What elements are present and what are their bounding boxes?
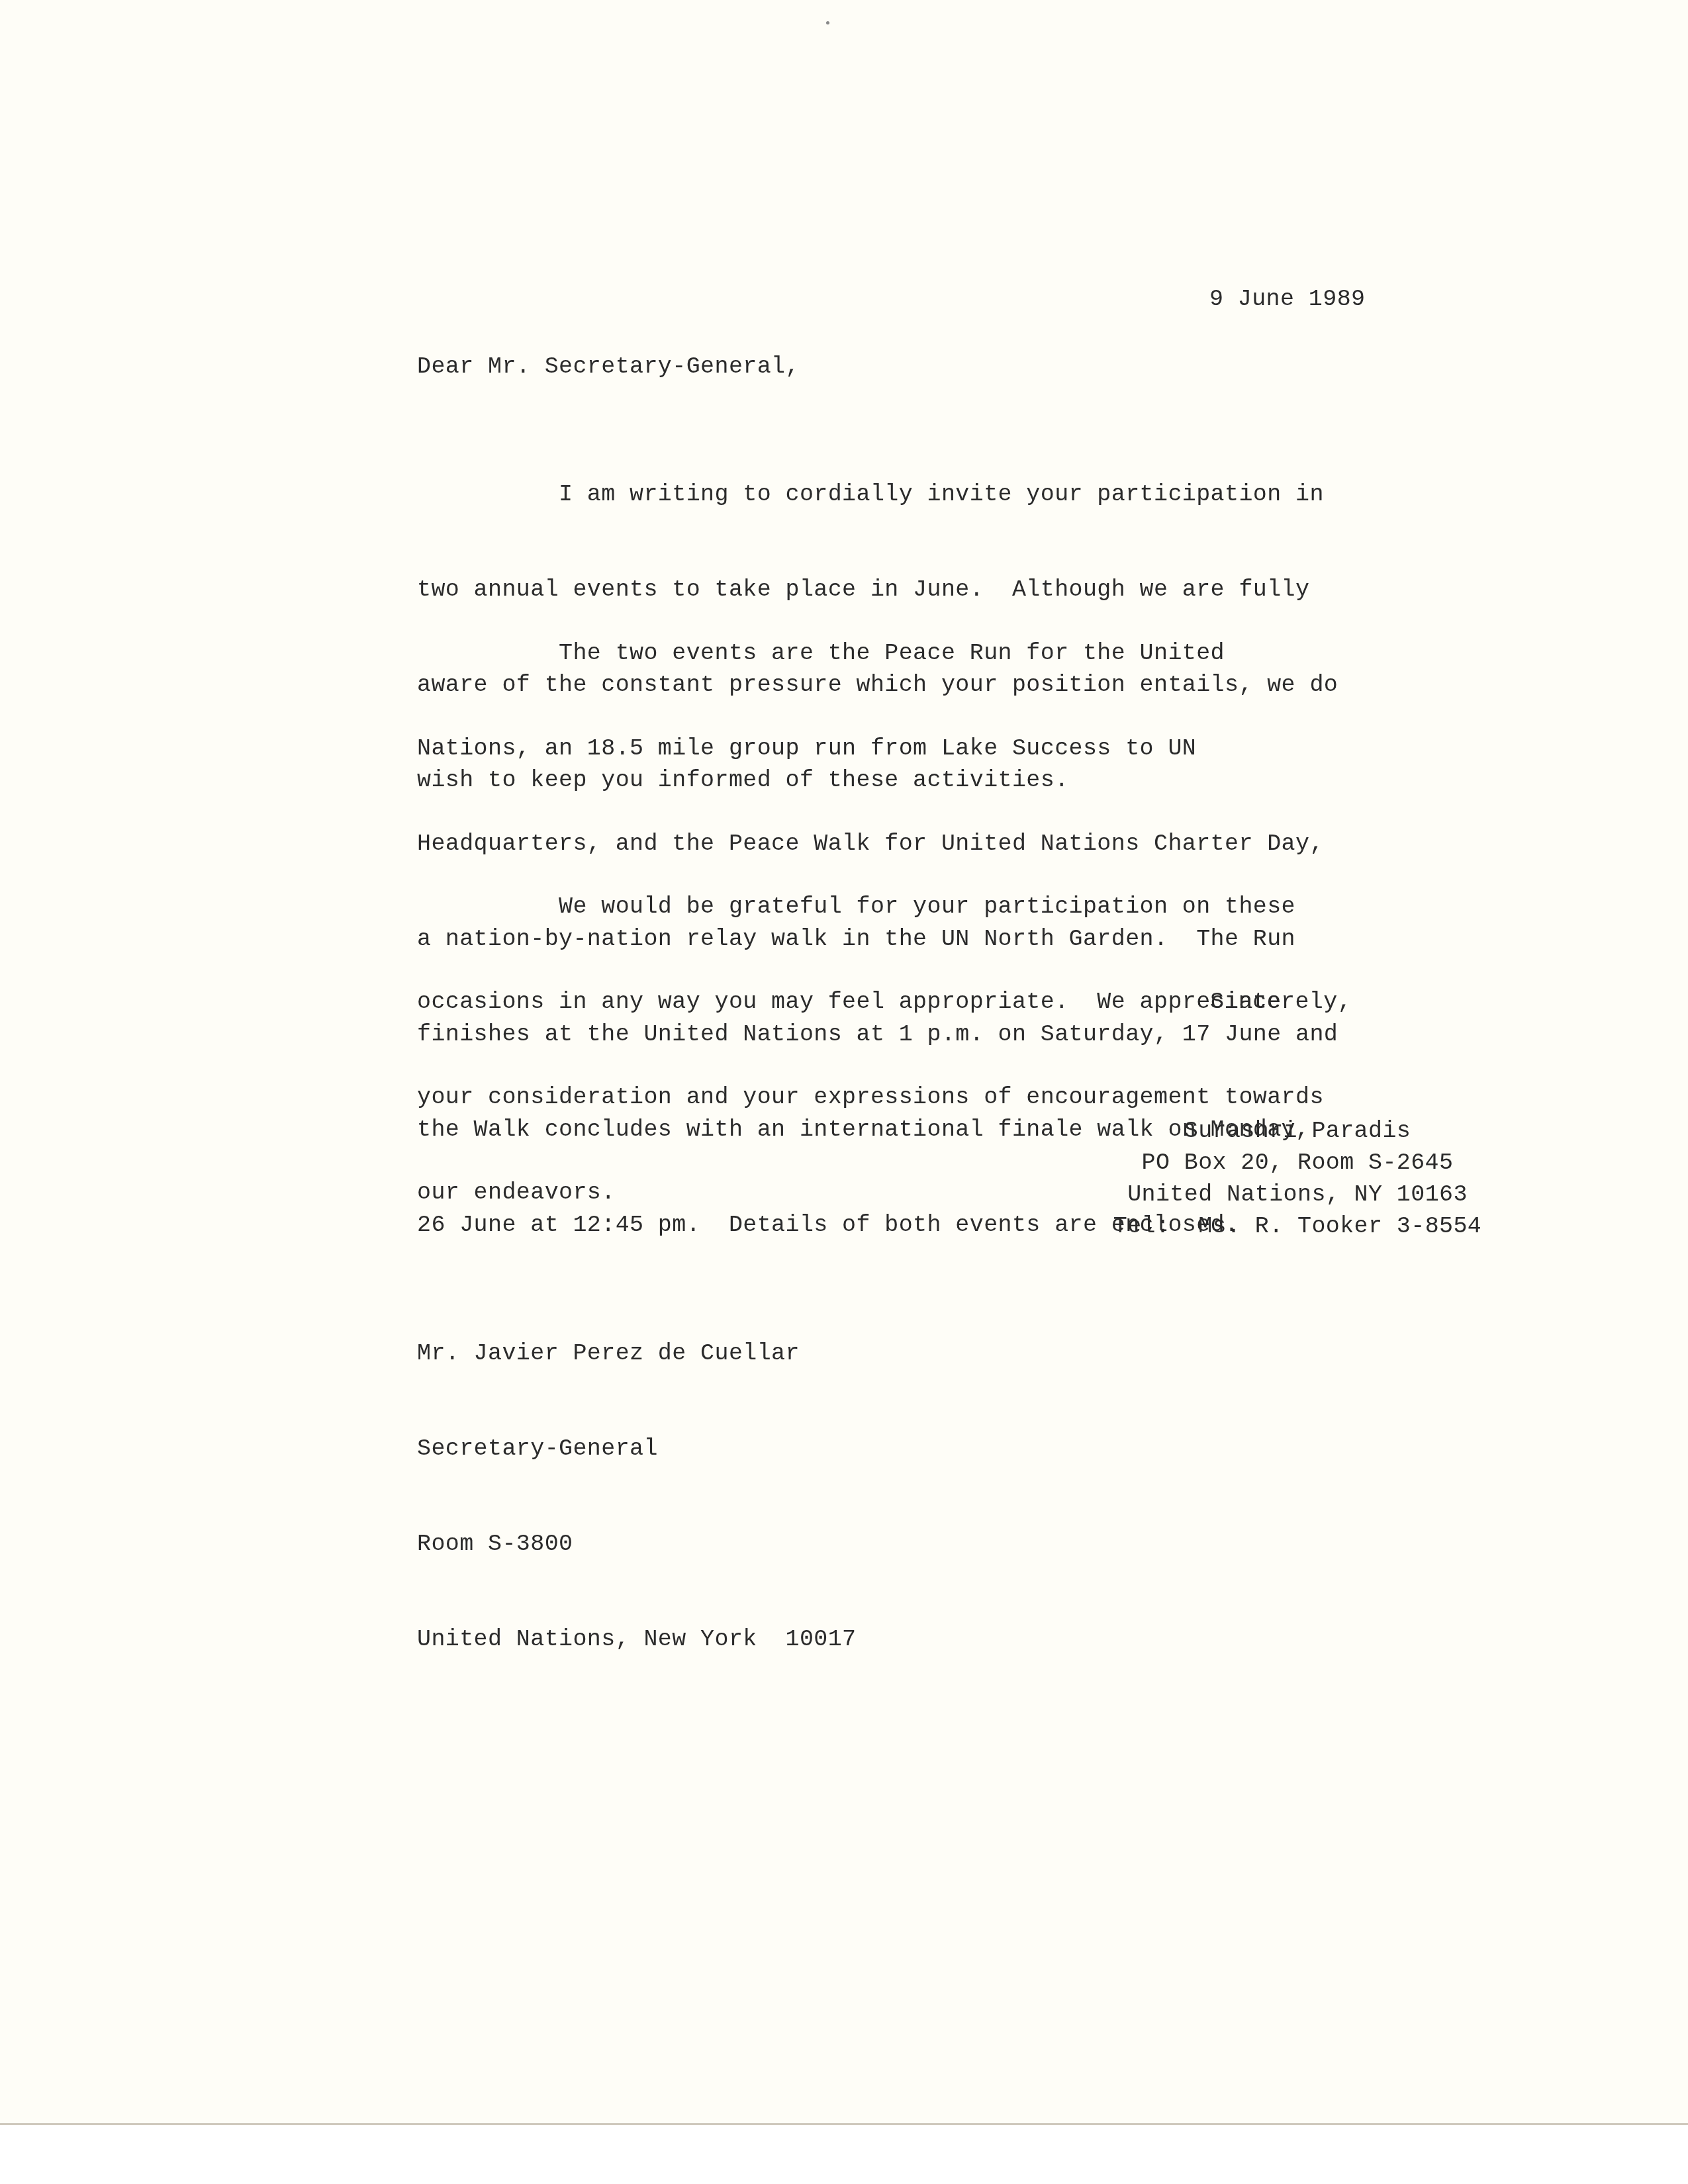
paragraph-line: your consideration and your expressions …	[417, 1081, 1324, 1113]
paragraph-line: We would be grateful for your participat…	[417, 891, 1324, 923]
closing: Sincerely,	[1210, 986, 1352, 1018]
recipient-city: United Nations, New York 10017	[417, 1623, 857, 1655]
salutation: Dear Mr. Secretary-General,	[417, 351, 800, 383]
paragraph-line: The two events are the Peace Run for the…	[417, 637, 1338, 669]
signature-block: Surashri Paradis PO Box 20, Room S-2645 …	[1072, 1115, 1523, 1242]
paragraph-line: occasions in any way you may feel approp…	[417, 986, 1324, 1018]
recipient-title: Secretary-General	[417, 1433, 857, 1465]
recipient-room: Room S-3800	[417, 1528, 857, 1560]
recipient-address: Mr. Javier Perez de Cuellar Secretary-Ge…	[417, 1274, 857, 1719]
page-edge	[0, 2123, 1688, 2184]
paper-speck	[826, 21, 829, 24]
signature-address-line: PO Box 20, Room S-2645	[1072, 1147, 1523, 1179]
signature-address-line: United Nations, NY 10163	[1072, 1179, 1523, 1210]
paragraph-line: Nations, an 18.5 mile group run from Lak…	[417, 733, 1338, 764]
paragraph-line: I am writing to cordially invite your pa…	[417, 478, 1338, 510]
signature-telephone: Tel: Ms. R. Tooker 3-8554	[1072, 1210, 1523, 1242]
signature-name: Surashri Paradis	[1072, 1115, 1523, 1147]
letter-page: 9 June 1989 Dear Mr. Secretary-General, …	[0, 0, 1688, 2131]
letter-date: 9 June 1989	[1209, 283, 1365, 315]
recipient-name: Mr. Javier Perez de Cuellar	[417, 1338, 857, 1369]
